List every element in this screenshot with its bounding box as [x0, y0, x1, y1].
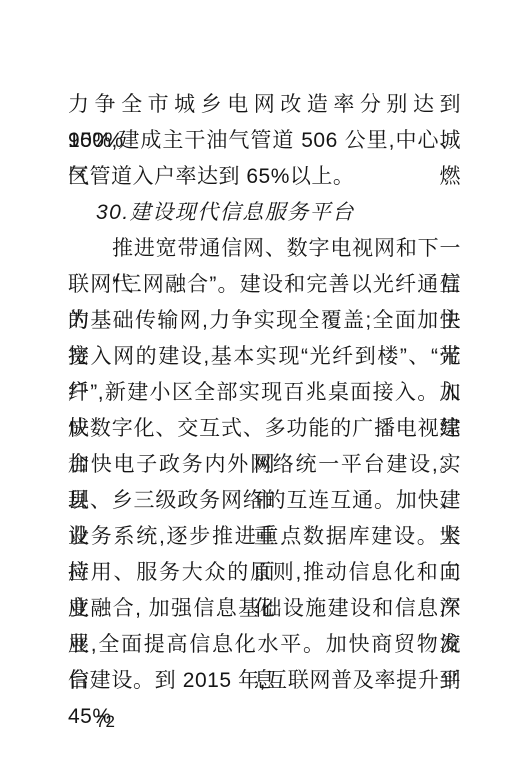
text-line: 联网“三网融合”。建设和完善以光纤通信为主 — [68, 267, 461, 303]
page-number: 72 — [96, 711, 115, 733]
text-line: 加快电子政务内外网络统一平台建设,实现市、 — [68, 447, 461, 483]
text-line: 户”,新建小区全部实现百兆桌面接入。加快建 — [68, 375, 461, 411]
text-line: 成数字化、交互式、多功能的广播电视综合网。 — [68, 411, 461, 447]
text-line: 业务系统,逐步推进重点数据库建设。坚持面向 — [68, 519, 461, 555]
text-line: 的基础传输网,力争实现全覆盖;全面加快宽带 — [68, 303, 461, 339]
text-line: 接入网的建设,基本实现“光纤到楼”、“光纤入 — [68, 339, 461, 375]
text-line: 推进宽带通信网、数字电视网和下一代互 — [68, 231, 461, 267]
text-line: 95%,建成主干油气管道 506 公里,中心城区燃 — [68, 123, 461, 159]
text-line: 度融合, 加强信息基础设施建设和信息产业发 — [68, 591, 461, 627]
text-line: 台建设。到 2015 年,互联网普及率提升到 45% — [68, 663, 461, 699]
text-line: 应用、服务大众的原则,推动信息化和工业化深 — [68, 555, 461, 591]
text-line: 县、乡三级政务网络的互连互通。加快建设重大 — [68, 483, 461, 519]
text-block: 力争全市城乡电网改造率分别达到 100%、95%,建成主干油气管道 506 公里… — [68, 87, 461, 699]
section-heading: 30.建设现代信息服务平台 — [68, 195, 461, 231]
document-page: 力争全市城乡电网改造率分别达到 100%、95%,建成主干油气管道 506 公里… — [0, 0, 529, 774]
text-line: 力争全市城乡电网改造率分别达到 100%、 — [68, 87, 461, 123]
text-line: 展,全面提高信息化水平。加快商贸物流信息平 — [68, 627, 461, 663]
